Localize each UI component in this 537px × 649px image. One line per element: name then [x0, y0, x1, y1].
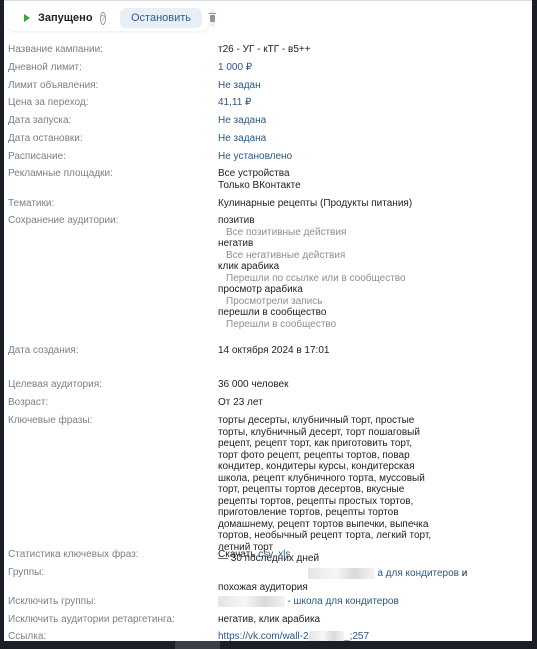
audience-item-name: перешли в сообщество: [218, 307, 406, 319]
label-exclude-groups: Исключить группы:: [8, 596, 96, 608]
campaign-status-bar: Запущено ? Остановить: [8, 5, 208, 31]
value-exclude-retargeting: негатив, клик арабика: [218, 614, 320, 626]
exclude-group-link[interactable]: - школа для кондитеров: [287, 596, 398, 607]
label-stop-date: Дата остановки:: [8, 133, 83, 145]
value-exclude-groups: ███████ ██ - школа для кондитеров: [218, 596, 399, 608]
value-campaign-name: т26 - УГ - кТГ - в5++: [218, 44, 311, 56]
label-audience-saving: Сохранение аудитории:: [8, 215, 118, 227]
label-target-audience: Целевая аудитория:: [8, 379, 102, 391]
lookalike-audience: похожая аудитория: [218, 581, 467, 595]
value-ad-limit[interactable]: Не задан: [218, 80, 261, 92]
value-stop-date[interactable]: Не задана: [218, 133, 266, 145]
label-created: Дата создания:: [8, 345, 79, 357]
scroll-thumb: [175, 641, 220, 649]
separator: ,: [273, 549, 276, 560]
value-daily-limit[interactable]: 1 000 ₽: [218, 62, 252, 74]
label-cpc: Цена за переход:: [8, 97, 88, 109]
label-schedule: Расписание:: [8, 151, 66, 163]
audience-item-name: позитив: [218, 215, 406, 227]
redacted-group-name: ███████ ██: [218, 596, 285, 607]
audience-item-name: негатив: [218, 238, 406, 250]
delete-button[interactable]: [210, 9, 215, 27]
value-cpc[interactable]: 41,11 ₽: [218, 97, 251, 109]
campaign-details: Запущено ? Остановить Название кампании:…: [4, 0, 532, 642]
redacted-group-name: ███████ ██: [308, 568, 375, 579]
value-schedule[interactable]: Не установлено: [218, 151, 292, 163]
groups-conjunction: и: [462, 568, 468, 579]
audience-item-desc: Все позитивные действия: [218, 227, 406, 239]
label-keyword-stats: Статистика ключевых фраз:: [8, 549, 139, 561]
download-xls-link[interactable]: xls: [278, 549, 290, 560]
label-keywords: Ключевые фразы:: [8, 415, 92, 427]
label-daily-limit: Дневной лимит:: [8, 62, 82, 74]
audience-item-desc: Перешли по ссылке или в сообщество: [218, 273, 406, 285]
download-label: Скачать: [218, 549, 256, 560]
value-start-date[interactable]: Не задана: [218, 115, 266, 127]
download-csv-link[interactable]: csv: [258, 549, 272, 560]
audience-saving-list: позитив Все позитивные действия негатив …: [218, 215, 406, 330]
audience-item-desc: Все негативные действия: [218, 250, 406, 262]
value-placements: Все устройства Только ВКонтакте: [218, 168, 301, 192]
trash-icon: [210, 15, 215, 22]
placement-platform: Только ВКонтакте: [218, 180, 301, 192]
label-groups: Группы:: [8, 567, 44, 579]
audience-item-name: клик арабика: [218, 261, 406, 273]
label-start-date: Дата запуска:: [8, 115, 71, 127]
group-link[interactable]: а для кондитеров: [377, 568, 459, 579]
label-ad-limit: Лимит объявления:: [8, 80, 98, 92]
help-icon[interactable]: ?: [100, 12, 106, 25]
value-topics: Кулинарные рецепты (Продукты питания): [218, 198, 412, 210]
value-age: От 23 лет: [218, 397, 263, 409]
value-keywords: торты десерты, клубничный торт, простые …: [218, 415, 434, 565]
placement-devices: Все устройства: [218, 168, 301, 180]
audience-item-desc: Просмотрели запись: [218, 296, 406, 308]
label-exclude-retargeting: Исключить аудитории ретаргетинга:: [8, 614, 175, 626]
value-created: 14 октября 2024 в 17:01: [218, 345, 329, 357]
audience-item-desc: Перешли в сообщество: [218, 319, 406, 331]
value-groups: ███████ ██ а для кондитеров и похожая ау…: [218, 567, 467, 595]
play-icon: [24, 14, 30, 22]
audience-item-name: просмотр арабика: [218, 284, 406, 296]
value-target-audience: 36 000 человек: [218, 379, 288, 391]
label-age: Возраст:: [8, 397, 48, 409]
label-placements: Рекламные площадки:: [8, 168, 113, 180]
label-campaign-name: Название кампании:: [8, 44, 103, 56]
status-label: Запущено: [38, 12, 93, 24]
label-topics: Тематики:: [8, 198, 54, 210]
video-bottom-bar: [0, 641, 537, 649]
stop-button[interactable]: Остановить: [120, 8, 202, 28]
value-keyword-stats: Скачать csv, xls: [218, 549, 290, 561]
keywords-text: торты десерты, клубничный торт, простые …: [218, 415, 434, 553]
